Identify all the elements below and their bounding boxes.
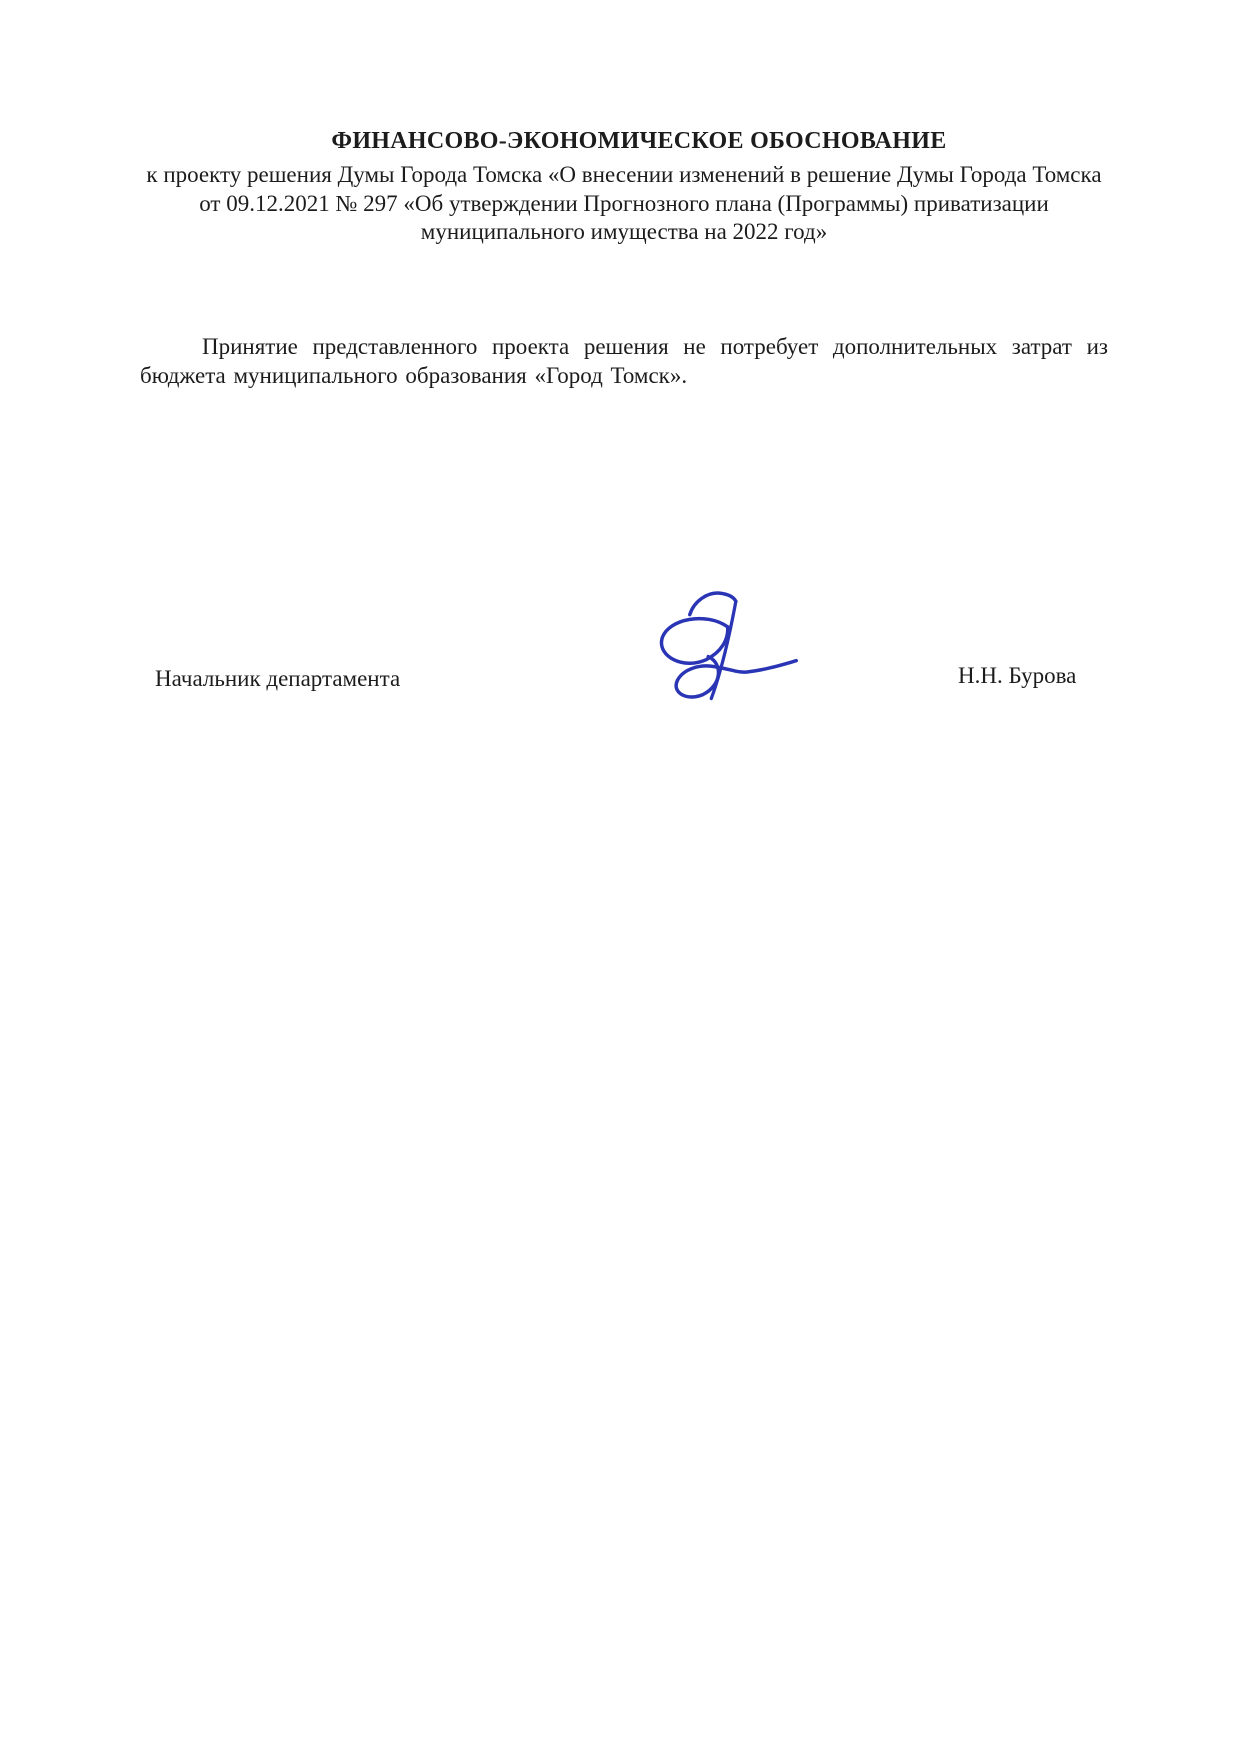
- signature-position-label: Начальник департамента: [155, 666, 400, 692]
- document-subtitle: к проекту решения Думы Города Томска «О …: [140, 161, 1108, 247]
- body-paragraph: Принятие представленного проекта решения…: [140, 332, 1108, 390]
- document-page: ФИНАНСОВО-ЭКОНОМИЧЕСКОЕ ОБОСНОВАНИЕ к пр…: [0, 0, 1240, 1753]
- signature-stroke-flag: [690, 593, 736, 615]
- document-title: ФИНАНСОВО-ЭКОНОМИЧЕСКОЕ ОБОСНОВАНИЕ: [140, 127, 1108, 156]
- signature-stroke-upper-loop: [661, 619, 727, 664]
- signer-name: Н.Н. Бурова: [958, 663, 1076, 689]
- document-content: ФИНАНСОВО-ЭКОНОМИЧЕСКОЕ ОБОСНОВАНИЕ к пр…: [140, 127, 1108, 390]
- handwritten-signature-icon: [638, 588, 803, 716]
